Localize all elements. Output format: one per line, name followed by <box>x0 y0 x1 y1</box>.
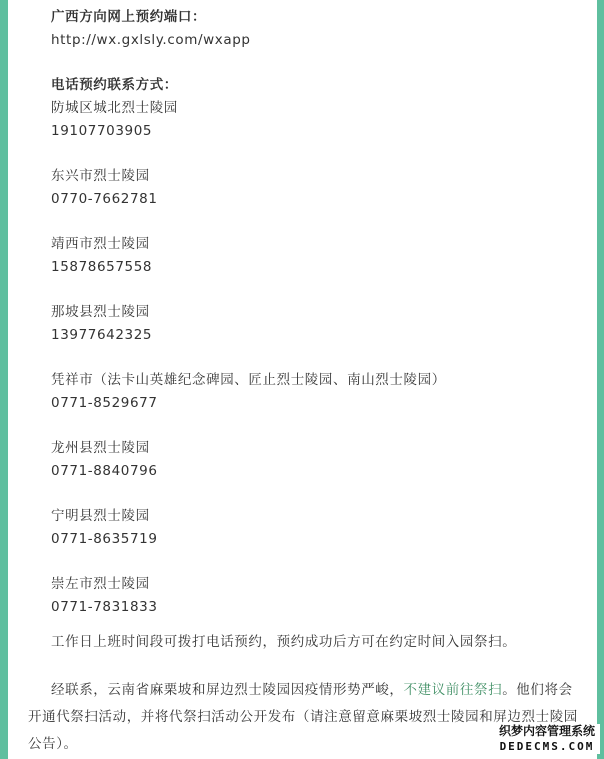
cemetery-name: 靖西市烈士陵园 <box>51 233 581 256</box>
contact-entry: 靖西市烈士陵园 15878657558 <box>51 233 581 279</box>
phone-number: 0771-8635719 <box>51 528 581 551</box>
contact-entry: 那坡县烈士陵园 13977642325 <box>51 301 581 347</box>
left-accent-border <box>0 0 8 759</box>
booking-notice-paragraph: 工作日上班时间段可拨打电话预约，预约成功后方可在约定时间入园祭扫。 <box>28 629 583 656</box>
contact-entry: 宁明县烈士陵园 0771-8635719 <box>51 505 581 551</box>
phone-number: 15878657558 <box>51 256 581 279</box>
contact-entry: 防城区城北烈士陵园 19107703905 <box>51 97 581 143</box>
cemetery-name: 宁明县烈士陵园 <box>51 505 581 528</box>
phone-number: 13977642325 <box>51 324 581 347</box>
contact-entry: 龙州县烈士陵园 0771-8840796 <box>51 437 581 483</box>
contact-entry: 崇左市烈士陵园 0771-7831833 <box>51 573 581 619</box>
online-booking-heading: 广西方向网上预约端口： <box>51 6 581 29</box>
phone-booking-heading: 电话预约联系方式： <box>51 74 581 97</box>
watermark-en: DEDECMS.COM <box>494 739 600 754</box>
booking-notice-text: 工作日上班时间段可拨打电话预约，预约成功后方可在约定时间入园祭扫。 <box>51 634 516 650</box>
cemetery-name: 防城区城北烈士陵园 <box>51 97 581 120</box>
phone-number: 0771-7831833 <box>51 596 581 619</box>
article-content: 广西方向网上预约端口： http://wx.gxlsly.com/wxapp 电… <box>51 6 581 641</box>
cemetery-name: 那坡县烈士陵园 <box>51 301 581 324</box>
phone-number: 19107703905 <box>51 120 581 143</box>
phone-number: 0771-8529677 <box>51 392 581 415</box>
online-booking-url[interactable]: http://wx.gxlsly.com/wxapp <box>51 29 581 52</box>
cemetery-name: 凭祥市（法卡山英雄纪念碑园、匠止烈士陵园、南山烈士陵园） <box>51 369 581 392</box>
phone-number: 0771-8840796 <box>51 460 581 483</box>
contact-entry: 凭祥市（法卡山英雄纪念碑园、匠止烈士陵园、南山烈士陵园） 0771-852967… <box>51 369 581 415</box>
cemetery-name: 龙州县烈士陵园 <box>51 437 581 460</box>
cemetery-name: 东兴市烈士陵园 <box>51 165 581 188</box>
right-accent-border <box>597 0 604 759</box>
yunnan-notice-text-before: 经联系，云南省麻栗坡和屏边烈士陵园因疫情形势严峻， <box>51 682 404 698</box>
dedecms-watermark: 织梦内容管理系统 DEDECMS.COM <box>494 724 600 754</box>
contact-entry: 东兴市烈士陵园 0770-7662781 <box>51 165 581 211</box>
not-recommended-highlight: 不建议前往祭扫 <box>404 682 503 698</box>
phone-number: 0770-7662781 <box>51 188 581 211</box>
watermark-cn: 织梦内容管理系统 <box>494 724 600 739</box>
cemetery-name: 崇左市烈士陵园 <box>51 573 581 596</box>
